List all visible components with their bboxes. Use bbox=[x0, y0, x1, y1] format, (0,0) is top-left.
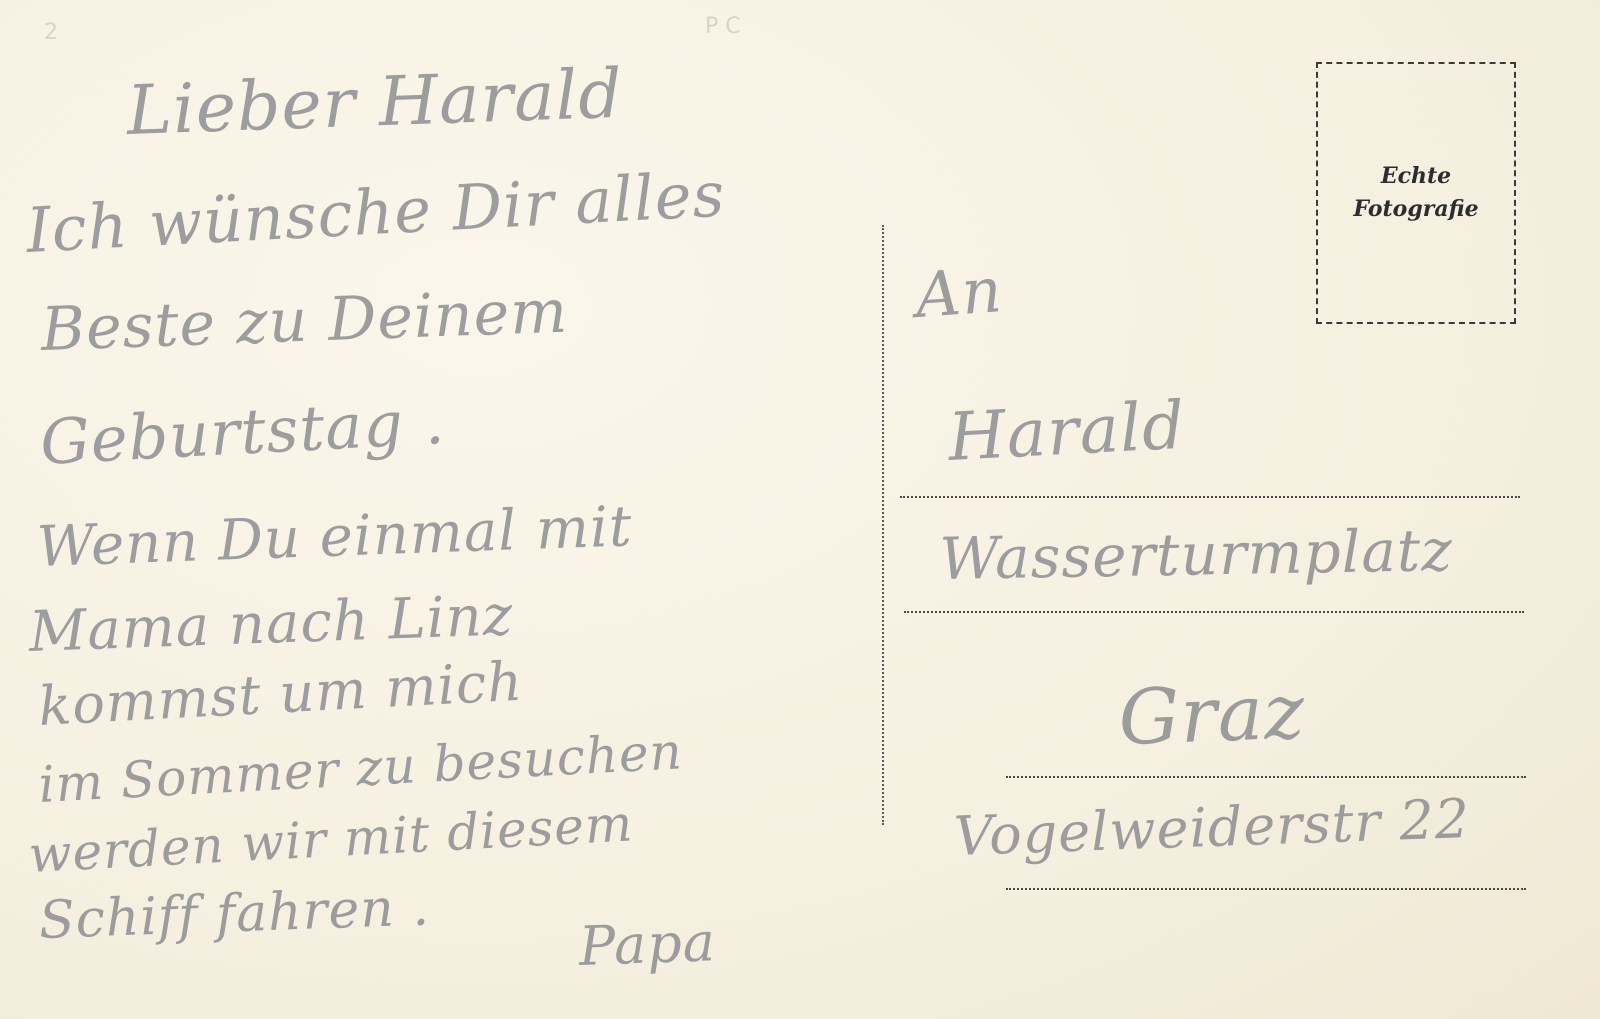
message-line: werden wir mit diesem bbox=[27, 798, 634, 880]
corner-mark-top: P C bbox=[705, 14, 741, 39]
address-line2: Wasserturmplatz bbox=[939, 521, 1453, 588]
message-line: Beste zu Deinem bbox=[40, 282, 569, 360]
address-street: Vogelweiderstr 22 bbox=[953, 792, 1471, 864]
message-line: Schiff fahren . bbox=[38, 881, 430, 947]
message-line: Mama nach Linz bbox=[28, 588, 514, 661]
address-line-4 bbox=[1006, 888, 1526, 890]
address-line-3 bbox=[1006, 776, 1526, 778]
stamp-box: Echte Fotografie bbox=[1316, 62, 1516, 324]
message-greeting: Lieber Harald bbox=[126, 61, 624, 146]
stamp-text-line1: Echte bbox=[1381, 160, 1451, 193]
message-line: kommst um mich bbox=[37, 655, 524, 734]
message-signature: Papa bbox=[578, 915, 717, 974]
message-line: Ich wünsche Dir alles bbox=[25, 163, 727, 262]
message-line: Geburtstag . bbox=[39, 391, 447, 474]
stamp-text-line2: Fotografie bbox=[1353, 193, 1478, 226]
address-prefix: An bbox=[914, 259, 1005, 327]
message-line: Wenn Du einmal mit bbox=[36, 499, 633, 576]
corner-mark-left: 2 bbox=[44, 20, 58, 45]
postcard-back: 2 P C Lieber Harald Ich wünsche Dir alle… bbox=[0, 0, 1600, 1019]
address-line-1 bbox=[900, 496, 1520, 498]
address-city: Graz bbox=[1117, 674, 1306, 756]
address-name: Harald bbox=[947, 393, 1187, 471]
address-line-2 bbox=[904, 611, 1524, 613]
center-divider bbox=[882, 225, 884, 825]
